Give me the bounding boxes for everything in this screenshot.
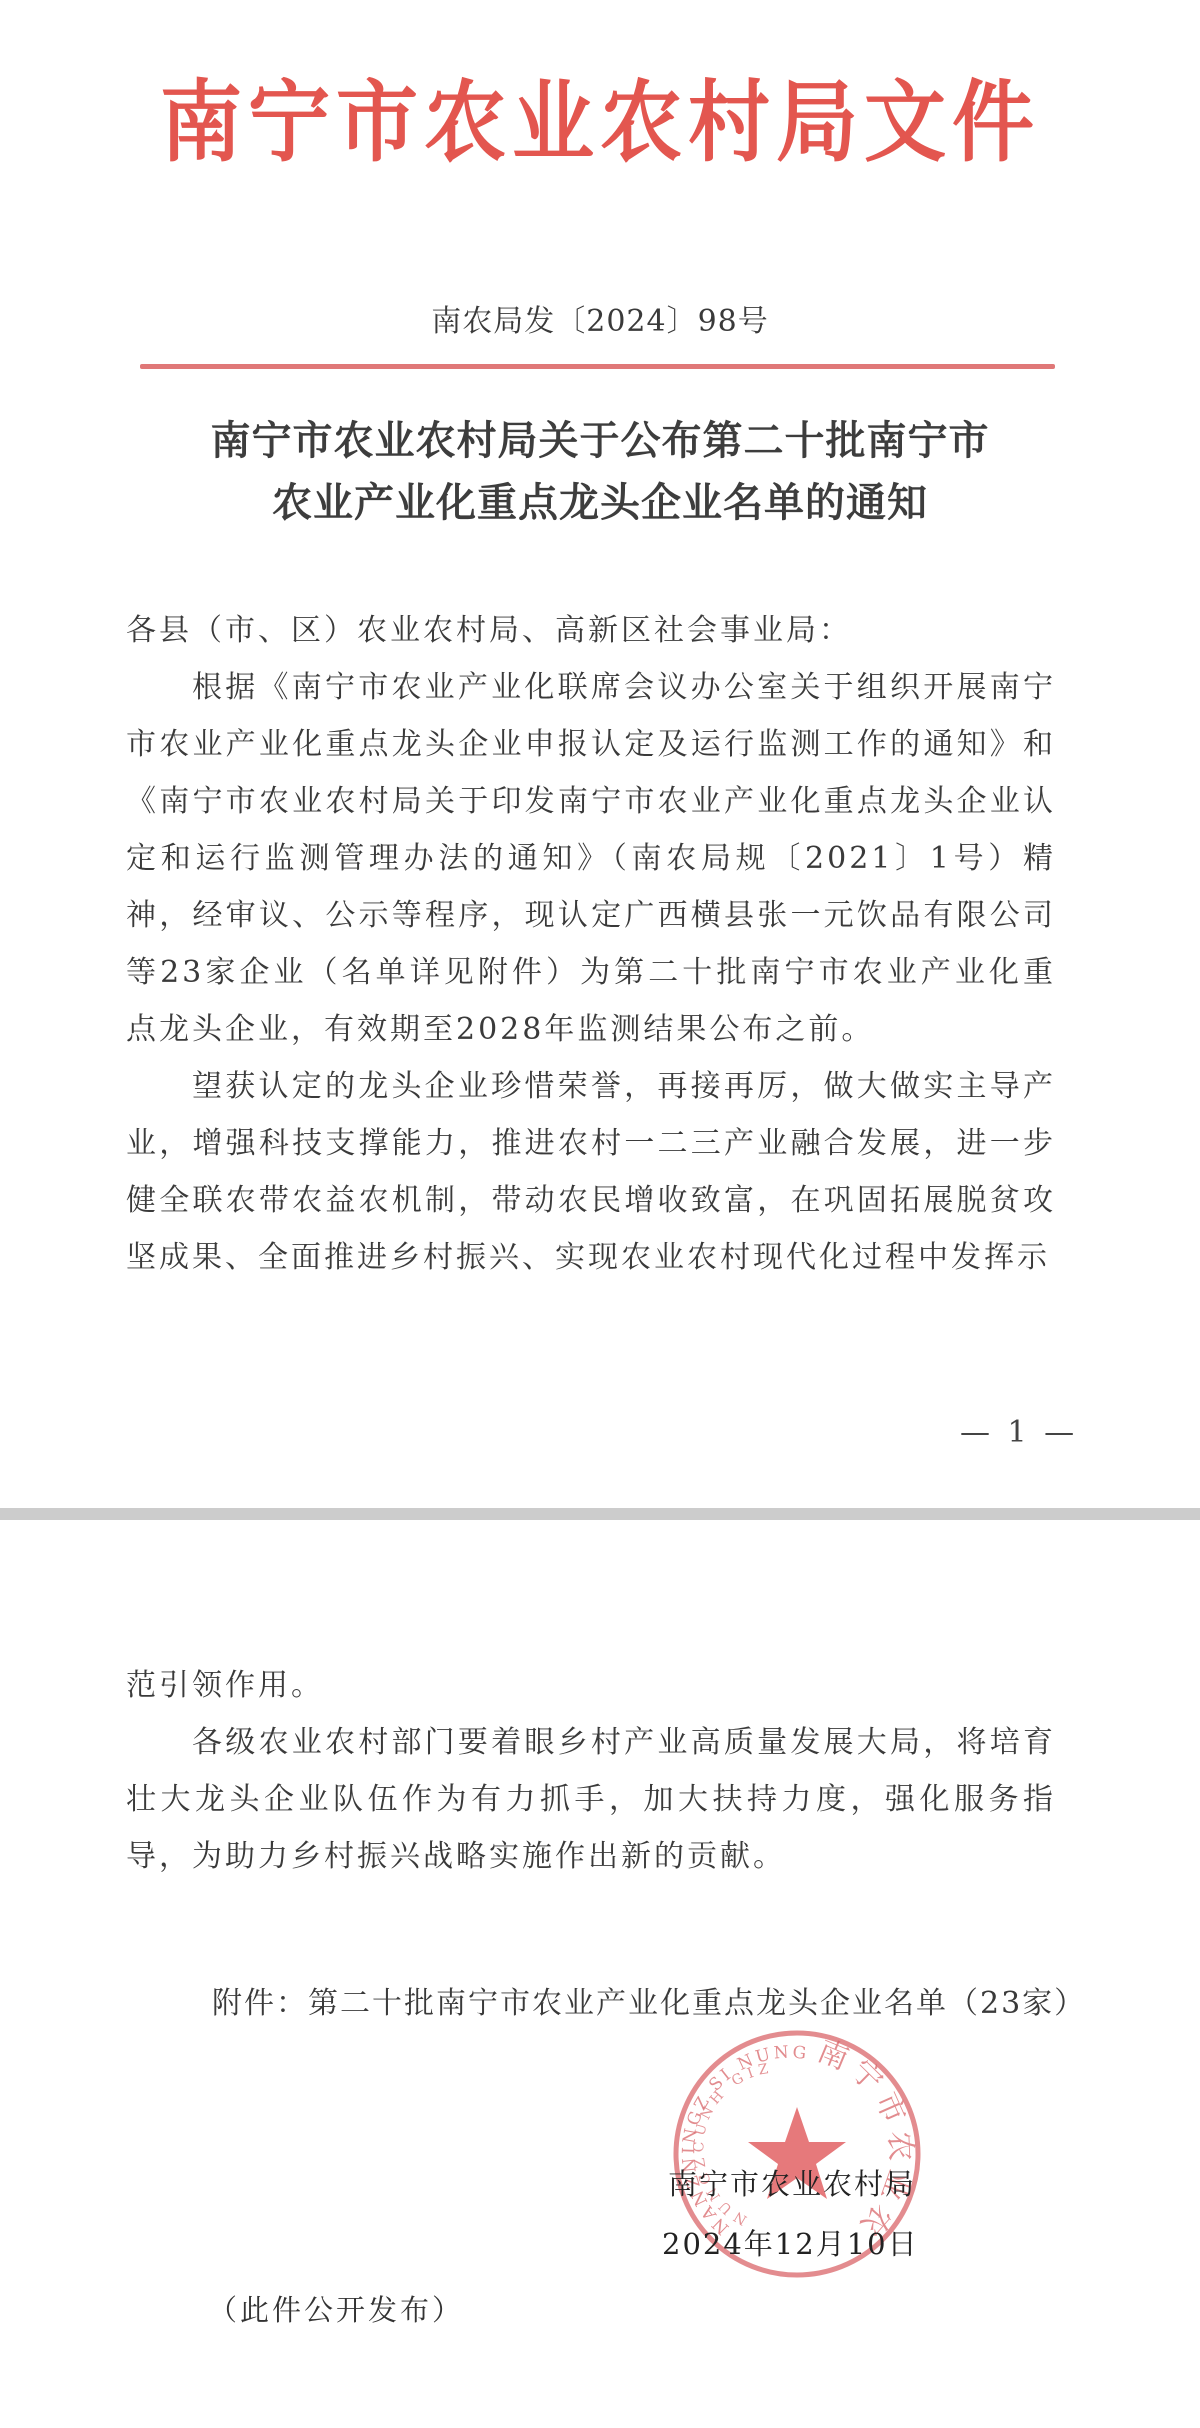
public-release-note: （此件公开发布） bbox=[208, 2288, 464, 2329]
paragraph-basis: 根据《南宁市农业产业化联席会议办公室关于组织开展南宁市农业产业化重点龙头企业申报… bbox=[126, 659, 1056, 1058]
signature-date: 2024年12月10日 bbox=[662, 2222, 919, 2263]
document-number: 南农局发〔2024〕98号 bbox=[0, 296, 1200, 340]
attachment-line: 附件：第二十批南宁市农业产业化重点龙头企业名单（23家） bbox=[212, 1978, 1086, 2022]
page1-body: 各县（市、区）农业农村局、高新区社会事业局： 根据《南宁市农业产业化联席会议办公… bbox=[126, 602, 1056, 1286]
continuation-text: 范引领作用。 bbox=[126, 1657, 1056, 1714]
title-line-1: 南宁市农业农村局关于公布第二十批南宁市 bbox=[100, 410, 1100, 472]
salutation: 各县（市、区）农业农村局、高新区社会事业局： bbox=[126, 602, 1056, 659]
paragraph-departments: 各级农业农村部门要着眼乡村产业高质量发展大局，将培育壮大龙头企业队伍作为有力抓手… bbox=[126, 1714, 1056, 1885]
signature-organization: 南宁市农业农村局 bbox=[668, 2162, 916, 2203]
page2-body: 范引领作用。 各级农业农村部门要着眼乡村产业高质量发展大局，将培育壮大龙头企业队… bbox=[126, 1657, 1056, 1885]
red-divider-rule bbox=[140, 364, 1055, 369]
title-line-2: 农业产业化重点龙头企业名单的通知 bbox=[100, 472, 1100, 534]
document-title: 南宁市农业农村局关于公布第二十批南宁市 农业产业化重点龙头企业名单的通知 bbox=[100, 410, 1100, 534]
issuer-header: 南宁市农业农村局文件 bbox=[0, 64, 1200, 183]
page-break-divider bbox=[0, 1508, 1200, 1520]
page-number: — 1 — bbox=[960, 1415, 1078, 1450]
paragraph-expectations: 望获认定的龙头企业珍惜荣誉，再接再厉，做大做实主导产业，增强科技支撑能力，推进农… bbox=[126, 1058, 1056, 1286]
